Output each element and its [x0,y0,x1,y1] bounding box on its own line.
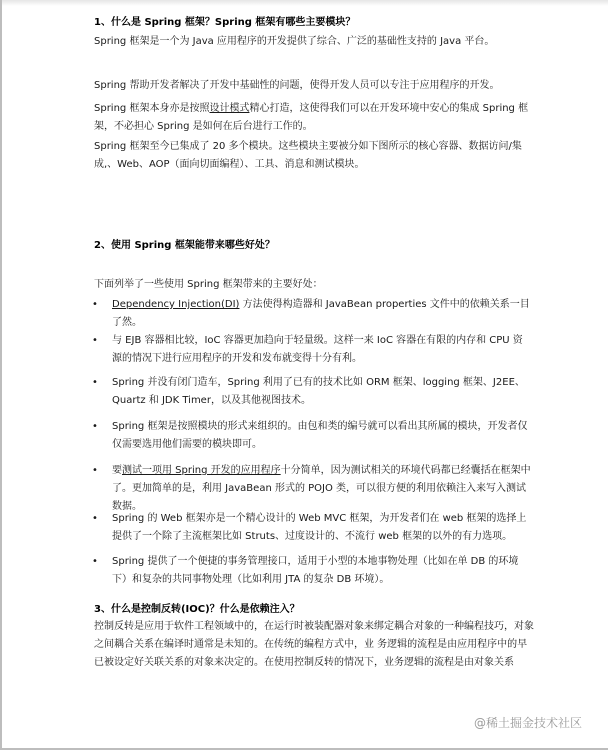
section-2-intro: 下面列举了一些使用 Spring 框架带来的主要好处： [94,276,534,294]
bullet-icon: • [92,462,98,480]
section-2-heading: 2、使用 Spring 框架能带来哪些好处？ [94,236,534,251]
bullet-icon: • [92,553,98,571]
document-page: 1、什么是 Spring 框架？Spring 框架有哪些主要模块？ Spring… [0,0,608,750]
list-item-text: Spring 并没有闭门造车，Spring 利用了已有的技术比如 ORM 框架、… [112,374,532,410]
section-1-paragraph-2: Spring 帮助开发者解决了开发中基础性的问题，使得开发人员可以专注于应用程序… [94,77,534,95]
list-item-text: 与 EJB 容器相比较，IoC 容器更加趋向于轻量级。这样一来 IoC 容器在有… [112,332,532,368]
section-3-paragraph-1: 控制反转是应用于软件工程领域中的，在运行时被装配器对象来绑定耦合对象的一种编程技… [94,618,534,672]
section-1-paragraph-4: Spring 框架至今已集成了 20 多个模块。这些模块主要被分如下图所示的核心… [94,138,534,174]
watermark: @稀土掘金技术社区 [474,714,582,731]
list-item-text: Spring 提供了一个便捷的事务管理接口，适用于小型的本地事物处理（比如在单 … [112,553,532,589]
paragraph-3-pre: Spring 框架本身亦是按照 [94,103,209,114]
bullet-icon: • [92,332,98,350]
section-1-paragraph-3: Spring 框架本身亦是按照设计模式精心打造，这使得我们可以在开发环境中安心的… [94,100,534,136]
dependency-injection-link[interactable]: Dependency Injection(DI) [112,299,239,310]
design-pattern-link[interactable]: 设计模式 [209,103,249,114]
list-item-pre: 要 [112,465,122,476]
bullet-icon: • [92,374,98,392]
testing-link[interactable]: 测试一项用 Spring 开发的应用程序 [122,465,281,476]
section-3-heading: 3、什么是控制反转(IOC)？什么是依赖注入？ [94,600,534,615]
section-1-heading: 1、什么是 Spring 框架？Spring 框架有哪些主要模块？ [94,13,534,28]
section-1-paragraph-1: Spring 框架是一个为 Java 应用程序的开发提供了综合、广泛的基础性支持… [94,33,534,51]
list-item-text: Spring 框架是按照模块的形式来组织的。由包和类的编号就可以看出其所属的模块… [112,418,532,454]
bullet-icon: • [92,418,98,436]
bullet-icon: • [92,296,98,314]
page-top-shadow [2,0,608,6]
bullet-icon: • [92,510,98,528]
list-item-text: Spring 的 Web 框架亦是一个精心设计的 Web MVC 框架，为开发者… [112,510,532,546]
